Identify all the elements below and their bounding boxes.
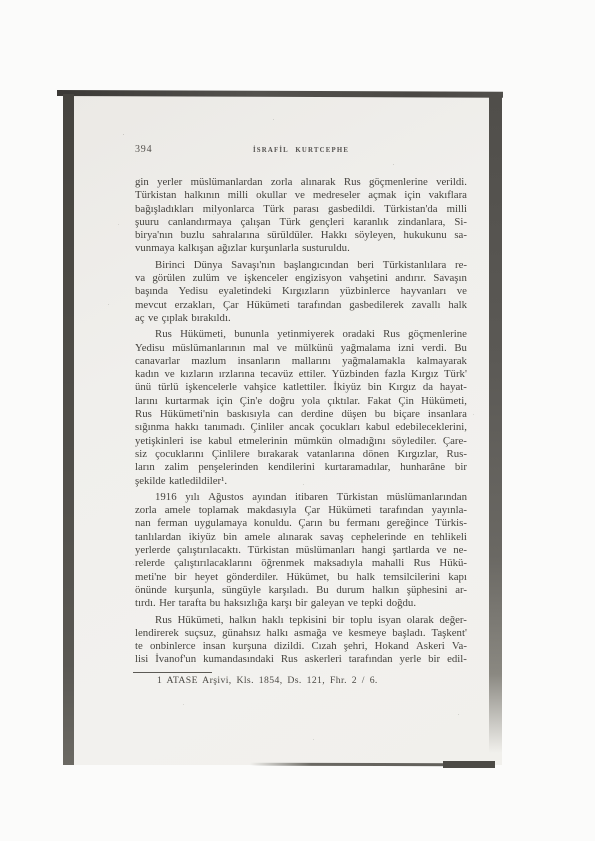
text-line: tırdı.Hertaraftabuhaksızlığakarşıbirgale…	[135, 597, 467, 610]
footnote-rule	[133, 672, 212, 673]
text-line: Türkistanhalkınınmilliokullarvemedresele…	[135, 189, 467, 202]
text-line: sığınmahakkıtanımadı.Çinlilerancakçocukl…	[135, 421, 467, 434]
scan-edge-left	[63, 94, 74, 765]
text-line: teonbinlerceinsankurşunadizildi.Cızahşeh…	[135, 640, 467, 653]
paragraph: RusHükümeti,halkınhaklıtepkisinibirtoplu…	[135, 614, 467, 667]
text-line: RusHükümeti'ninbaskısıylacanderdinedüşen…	[135, 408, 467, 421]
paragraph: ginyerlermüslümanlardanzorlaalınarakRusg…	[135, 176, 467, 256]
paragraph: 1916yılıAğustosayındanitibarenTürkistanm…	[135, 491, 467, 611]
text-line: şekildekatledildiler¹.	[135, 475, 467, 488]
text-line: 1916yılıAğustosayındanitibarenTürkistanm…	[135, 491, 467, 504]
text-line: bağışladıklarımilyonlarcaTürkparasıgasbe…	[135, 203, 467, 216]
text-line: canavarlarmazluminsanlarınmallarınıyağma…	[135, 355, 467, 368]
text-line: birya'nınbuzlusahralarınasürüldüler.Hakk…	[135, 229, 467, 242]
footnote: 1 ATASE Arşivi, Kls. 1854, Ds. 121, Fhr.…	[157, 675, 378, 686]
text-line: vagörülenzulümveişkencelerengizisyonvahş…	[135, 272, 467, 285]
text-line: lendirereksuçsuz,günahsızhalkıasmağaveke…	[135, 627, 467, 640]
text-line: kadınvekızlarınırzlarınatecavüzettiler.Y…	[135, 368, 467, 381]
text-line: lisiİvanof'unkumandasındakiRusaskerlerit…	[135, 653, 467, 666]
text-block: ginyerlermüslümanlardanzorlaalınarakRusg…	[135, 176, 467, 667]
text-line: vunmayakalkışanağızlarkurşunlarlasusturu…	[135, 242, 467, 255]
text-line: ünütürlüişkencelerlevahşicekatlettiler.İ…	[135, 381, 467, 394]
text-line: açveçıplakbırakıldı.	[135, 312, 467, 325]
running-header: İSRAFİL KURTCEPHE	[135, 147, 467, 154]
text-line: larınıkurtarmakiçinÇin'edoğruyolaçıktıla…	[135, 395, 467, 408]
text-line: ginyerlermüslümanlardanzorlaalınarakRusg…	[135, 176, 467, 189]
text-line: zorlaameletoplamakmakdasıylaÇarHükümetit…	[135, 504, 467, 517]
text-line: yetişkinleriisekabuletmelerininmümkünolm…	[135, 435, 467, 448]
paragraph: BirinciDünyaSavaşı'nınbaşlangıcındanberi…	[135, 259, 467, 325]
text-line: larınzalimpenşelerindenkendilerinikurtar…	[135, 461, 467, 474]
scanned-page: 394 İSRAFİL KURTCEPHE ginyerlermüslümanl…	[63, 94, 502, 765]
scan-background: 394 İSRAFİL KURTCEPHE ginyerlermüslümanl…	[0, 0, 595, 841]
text-line: nanfermanuygulamayakonuldu.Çarınbuferman…	[135, 517, 467, 530]
scan-edge-top	[57, 90, 503, 97]
text-line: meti'nebirheyetgönderdiler.Hükümet,buhal…	[135, 571, 467, 584]
text-line: relerdeçalıştırılacaklarınıöğrenmekmaksa…	[135, 557, 467, 570]
text-line: Yedisumüslümanlarınınmalvemülkünüyağmala…	[135, 342, 467, 355]
scan-noise	[63, 94, 64, 95]
text-line: yerlerdeçalıştırılacaktı.Türkistanmüslüm…	[135, 544, 467, 557]
scan-edge-bottom-corner	[443, 761, 495, 768]
text-line: önündekurşunla,süngüylekarşıladı.Budurum…	[135, 584, 467, 597]
text-line: tanlılardanikiyüzbinamelealınaraksavaşce…	[135, 531, 467, 544]
paragraph: RusHükümeti,bununlayetinmiyerekoradakiRu…	[135, 328, 467, 488]
text-line: sizçocuklarınıÇinlilerebırakarakvatanlar…	[135, 448, 467, 461]
text-line: BirinciDünyaSavaşı'nınbaşlangıcındanberi…	[135, 259, 467, 272]
text-line: başındaYedisueyaletindekiKırgızlarınyüzb…	[135, 285, 467, 298]
text-line: RusHükümeti,bununlayetinmiyerekoradakiRu…	[135, 328, 467, 341]
text-line: RusHükümeti,halkınhaklıtepkisinibirtoplu…	[135, 614, 467, 627]
text-line: mevcuterzakları,ÇarHükümetitarafındangas…	[135, 299, 467, 312]
text-line: şuurucanlandırmayaçalışanTürkgençlerikar…	[135, 216, 467, 229]
scan-edge-right	[489, 95, 502, 753]
